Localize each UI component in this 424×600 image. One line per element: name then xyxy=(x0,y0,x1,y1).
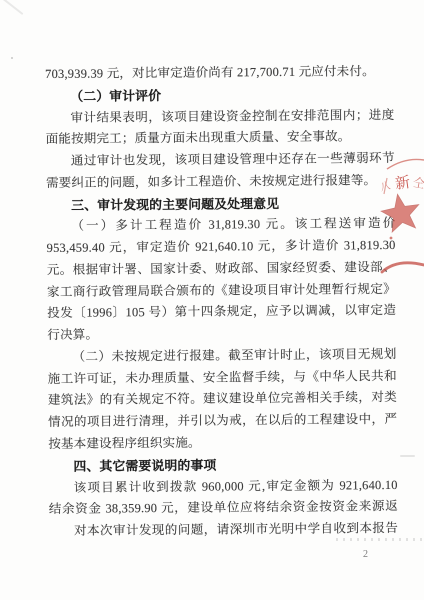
scan-dash xyxy=(400,455,415,457)
document-text: 703,939.39 元，对比审定造价尚有 217,700.71 元应付未付。（… xyxy=(45,61,398,543)
scan-speck xyxy=(11,57,13,59)
seal-arc xyxy=(387,159,424,169)
text-line: 建筑法》的有关规定不符。建议建设单位完善相关手续，对类似 xyxy=(48,387,397,412)
text-line: 对本次审计发现的问题，请深圳市光明中学自收到本报告之 xyxy=(49,518,398,543)
text-line: 审计结果表明，该项目建设资金控制在安排范围内；进度方 xyxy=(45,104,394,129)
text-line: 投发〔1996〕105 号）第十四条规定，应予以调减，以审定造价进 xyxy=(47,300,396,325)
text-line: 按基本建设程序组织实施。 xyxy=(48,431,397,456)
seal-partial-char-right: 仝 xyxy=(412,175,424,191)
text-line: 结余资金 38,359.90 元，建设单位应将结余资金按资金来源返还。 xyxy=(49,496,398,521)
text-line: 953,459.40 元，审定造价 921,640.10 元，多计造价 31,8… xyxy=(47,235,396,260)
text-line: 通过审计也发现，该项目建设管理中还存在一些薄弱环节和 xyxy=(46,148,395,173)
text-line: 该项目累计收到拨款 960,000 元,审定金额为 921,640.10 元， xyxy=(49,474,398,499)
document-page: 703,939.39 元，对比审定造价尚有 217,700.71 元应付未付。（… xyxy=(0,0,424,600)
text-line: 情况的项目进行清理，并引以为戒，在以后的工程建设中，严格 xyxy=(48,409,397,434)
text-line: 行决算。 xyxy=(47,322,396,347)
text-line: 703,939.39 元，对比审定造价尚有 217,700.71 元应付未付。 xyxy=(45,61,394,86)
text-line: 面能按期完工；质量方面未出现重大质量、安全事故。 xyxy=(46,126,395,151)
text-line: 家工商行政管理局联合颁布的《建设项目审计处理暂行规定》（审 xyxy=(47,279,396,304)
section-heading: 三、审计发现的主要问题及处理意见 xyxy=(46,192,395,217)
text-line: 需要纠正的问题，如多计工程造价、未按规定进行报建等。 xyxy=(46,170,395,195)
seal-char-xin: 新 xyxy=(394,174,411,193)
section-heading: （二）审计评价 xyxy=(45,83,394,108)
official-seal-stamp: 八 新 仝 xyxy=(380,148,424,288)
seal-star xyxy=(380,191,423,233)
text-line: （二）未按规定进行报建。截至审计时止，该项目无规划及 xyxy=(47,344,396,369)
seal-partial-char-left: 八 xyxy=(380,181,392,194)
scan-artifact-corner xyxy=(0,0,23,15)
text-line: （一）多计工程造价 31,819.30 元。该工程送审造价 xyxy=(46,213,395,238)
seal-dot xyxy=(390,237,393,240)
seal-underline-stroke xyxy=(382,263,424,272)
page-number: 2 xyxy=(363,549,368,560)
section-heading: 四、其它需要说明的事项 xyxy=(48,453,397,478)
text-line: 施工许可证，未办理质量、安全监督手续，与《中华人民共和国 xyxy=(48,366,397,391)
text-line: 元。根据审计署、国家计委、财政部、国家经贸委、建设部、国 xyxy=(47,257,396,282)
